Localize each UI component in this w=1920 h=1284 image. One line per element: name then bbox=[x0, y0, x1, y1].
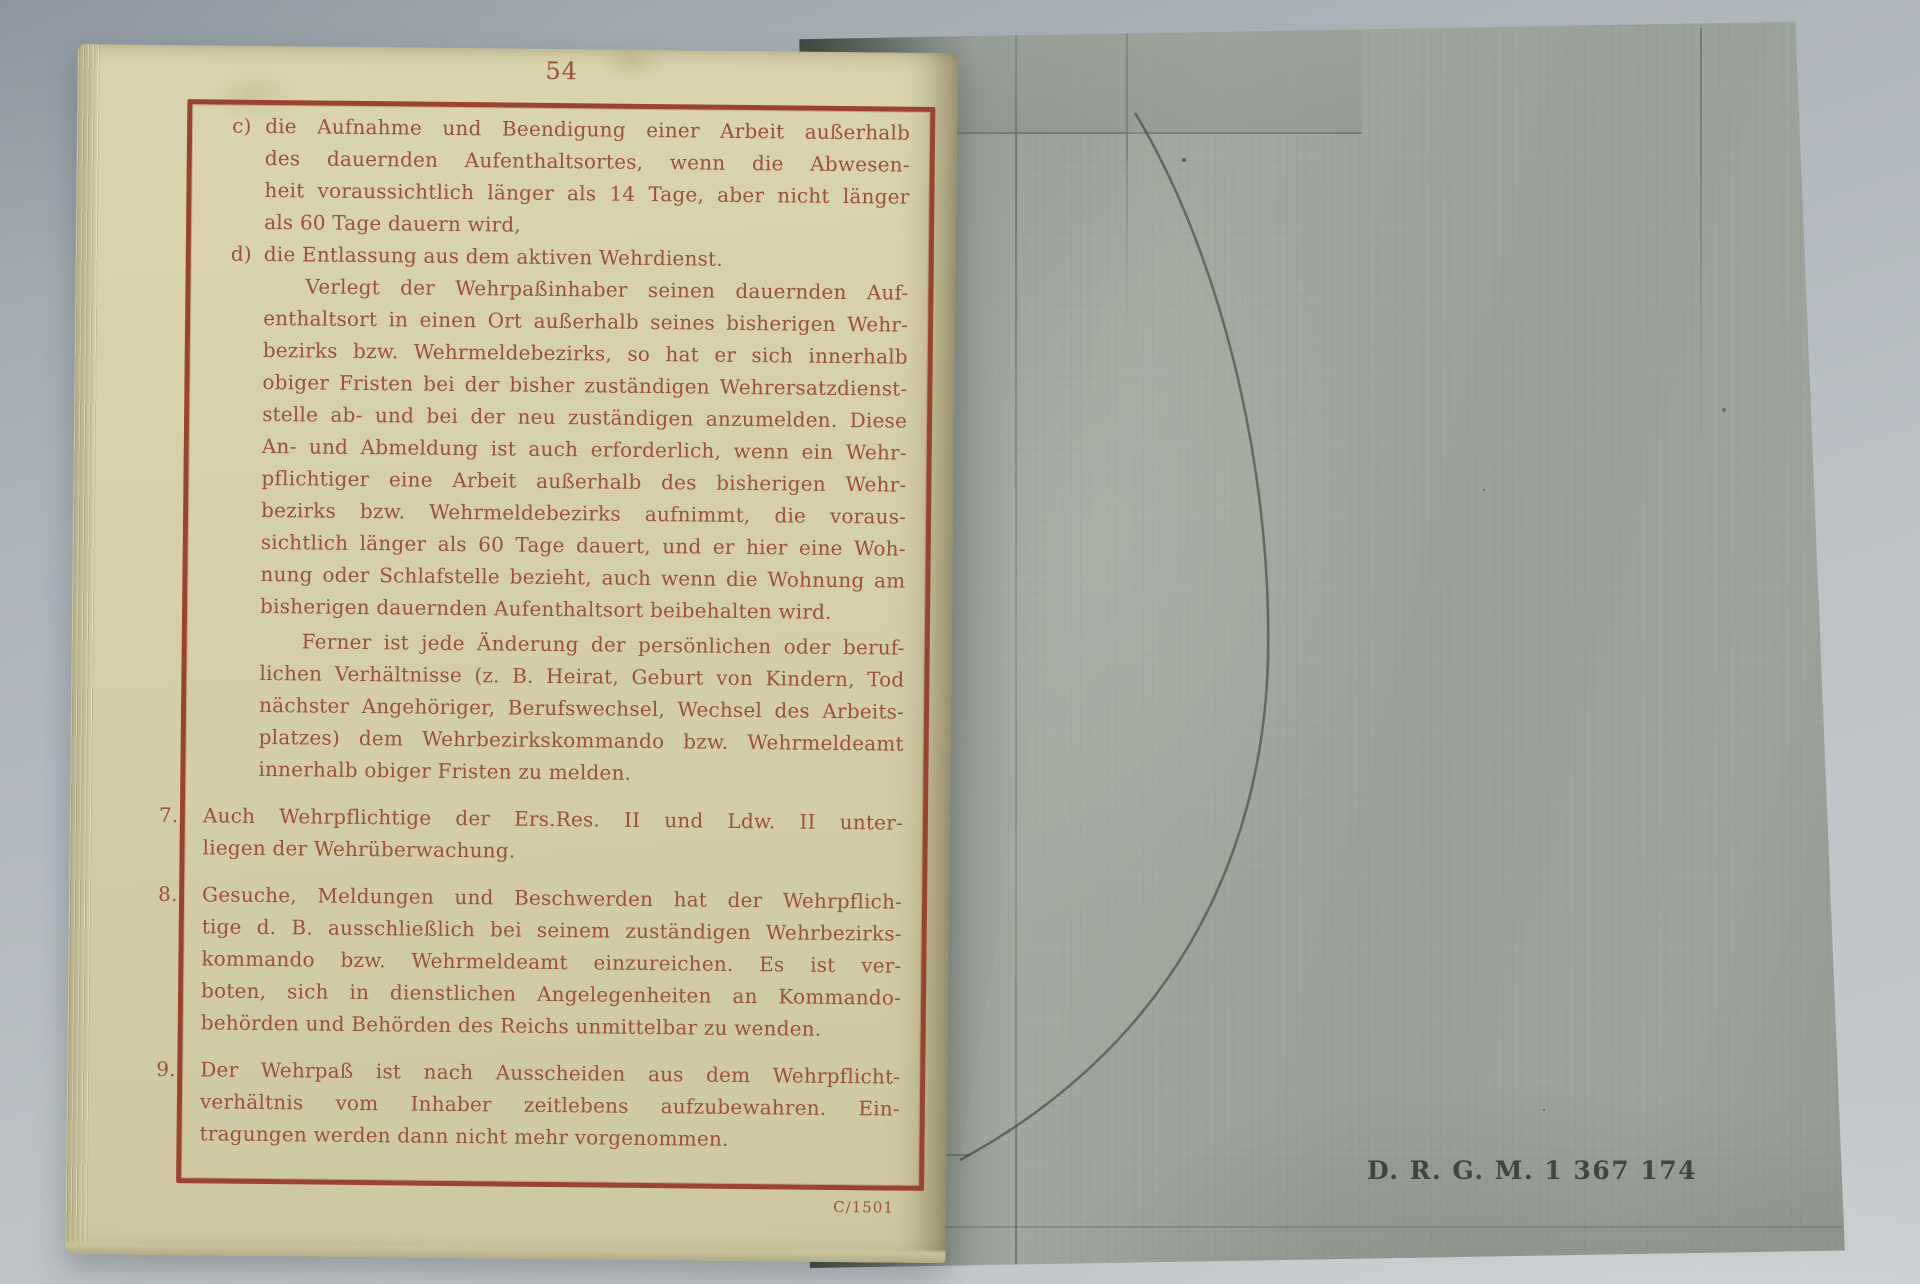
paragraph-lines: Ferner ist jede Änderung der persönliche… bbox=[258, 625, 905, 792]
paragraph-lines: Verlegt der Wehrpaßinhaber seinen dauern… bbox=[260, 270, 909, 629]
text-block-item-7: 7. Auch Wehrpflichtige der Ers.Res. II u… bbox=[202, 799, 903, 870]
print-code: C/1501 bbox=[176, 1191, 894, 1217]
item-marker: 7. bbox=[159, 799, 179, 831]
page-text: c) die Aufnahme und Beendigung einer Arb… bbox=[254, 110, 910, 1157]
item-marker: 9. bbox=[156, 1053, 176, 1085]
item-marker: d) bbox=[231, 238, 252, 270]
item-lines: Gesuche, Meldungen und Beschwerden hat d… bbox=[201, 878, 903, 1045]
text-block-paragraph-ferner: Ferner ist jede Änderung der persönliche… bbox=[258, 625, 905, 792]
page-number: 54 bbox=[188, 53, 936, 89]
left-page: 54 c) die Aufnahme und Beendigung einer … bbox=[65, 44, 958, 1263]
text-block-item-c: c) die Aufnahme und Beendigung einer Arb… bbox=[264, 110, 910, 245]
cover-bottom-fold bbox=[942, 1226, 1842, 1228]
item-lines: Der Wehrpaß ist nach Ausscheiden aus dem… bbox=[199, 1053, 900, 1156]
text-block-item-8: 8. Gesuche, Meldungen und Beschwerden ha… bbox=[201, 878, 903, 1045]
item-lines: Auch Wehrpflichtige der Ers.Res. II und … bbox=[202, 799, 903, 870]
text-block-paragraph-verlegt: Verlegt der Wehrpaßinhaber seinen dauern… bbox=[260, 270, 909, 629]
cover-specks bbox=[1182, 158, 1186, 162]
patent-stamp: D. R. G. M. 1 367 174 bbox=[1367, 1156, 1667, 1185]
item-marker: c) bbox=[232, 110, 252, 142]
item-marker: 8. bbox=[158, 878, 178, 910]
text-block-item-9: 9. Der Wehrpaß ist nach Ausscheiden aus … bbox=[199, 1053, 900, 1156]
item-lines: die Aufnahme und Beendigung einer Arbeit… bbox=[264, 110, 910, 245]
